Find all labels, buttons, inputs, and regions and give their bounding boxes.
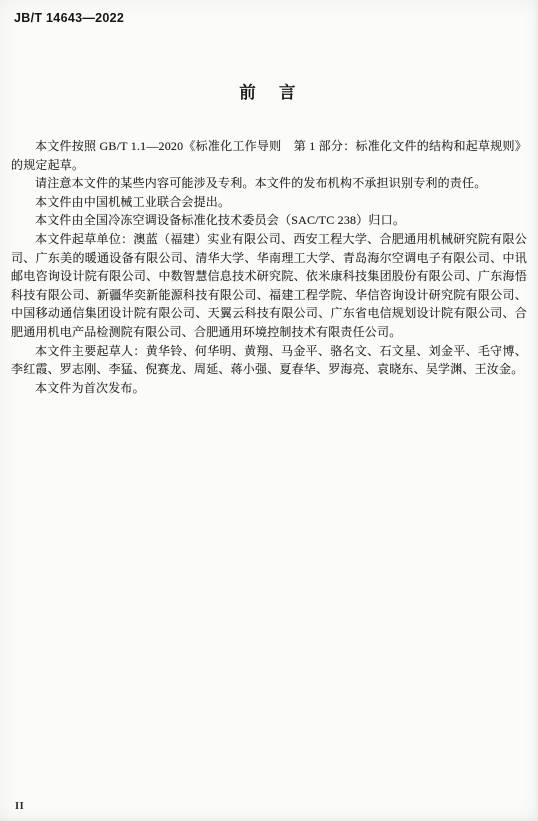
page-title: 前 言 <box>0 79 538 103</box>
para-patent-notice: 请注意本文件的某些内容可能涉及专利。本文件的发布机构不承担识别专利的责任。 <box>11 174 527 193</box>
para-main-drafters: 本文件主要起草人：黄华铃、何华明、黄翔、马金平、骆名文、石文星、刘金平、毛守博、… <box>11 342 527 379</box>
foreword-body: 本文件按照 GB/T 1.1—2020《标准化工作导则 第 1 部分：标准化文件… <box>11 137 527 397</box>
doc-number: JB/T 14643—2022 <box>14 11 124 25</box>
document-page: JB/T 14643—2022 前 言 本文件按照 GB/T 1.1—2020《… <box>0 0 538 821</box>
para-drafting-basis: 本文件按照 GB/T 1.1—2020《标准化工作导则 第 1 部分：标准化文件… <box>11 137 527 174</box>
para-proposed-by: 本文件由中国机械工业联合会提出。 <box>11 193 527 212</box>
page-number: II <box>15 801 24 812</box>
para-first-issue: 本文件为首次发布。 <box>11 379 527 398</box>
para-centralized-by: 本文件由全国冷冻空调设备标准化技术委员会（SAC/TC 238）归口。 <box>11 211 527 230</box>
para-drafting-organizations: 本文件起草单位：澳蓝（福建）实业有限公司、西安工程大学、合肥通用机械研究院有限公… <box>11 230 527 342</box>
